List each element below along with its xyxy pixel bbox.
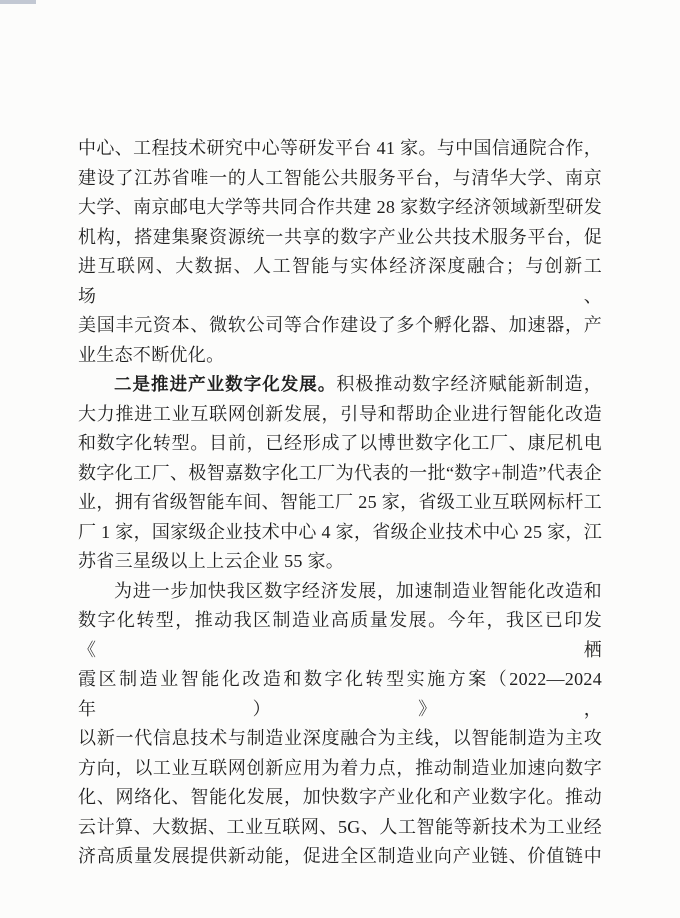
text-line: 以新一代信息技术与制造业深度融合为主线，以智能制造为主攻	[78, 724, 602, 754]
text-line: 大学、南京邮电大学等共同合作共建 28 家数字经济领域新型研发	[78, 193, 602, 223]
text-line: 霞区制造业智能化改造和数字化转型实施方案（2022—2024 年）》，	[78, 665, 602, 724]
text-line: 济高质量发展提供新动能，促进全区制造业向产业链、价值链中	[78, 842, 602, 872]
text-line: 大力推进工业互联网创新发展，引导和帮助企业进行智能化改造	[78, 400, 602, 430]
text-line: 建设了江苏省唯一的人工智能公共服务平台，与清华大学、南京	[78, 164, 602, 194]
scanned-document-page: 中心、工程技术研究中心等研发平台 41 家。与中国信通院合作， 建设了江苏省唯一…	[0, 0, 680, 918]
text-line: 中心、工程技术研究中心等研发平台 41 家。与中国信通院合作，	[78, 134, 602, 164]
text-line: 美国丰元资本、微软公司等合作建设了多个孵化器、加速器，产	[78, 311, 602, 341]
document-body-text: 中心、工程技术研究中心等研发平台 41 家。与中国信通院合作， 建设了江苏省唯一…	[78, 134, 602, 872]
bold-section-title: 二是推进产业数字化发展。	[114, 374, 336, 394]
text-line: 厂 1 家，国家级企业技术中心 4 家，省级企业技术中心 25 家，江	[78, 518, 602, 548]
text-line: 进互联网、大数据、人工智能与实体经济深度融合；与创新工场、	[78, 252, 602, 311]
text-line: 方向，以工业互联网创新应用为着力点，推动制造业加速向数字	[78, 754, 602, 784]
scan-edge-artifact	[0, 0, 36, 4]
text-line: 数字化工厂、极智嘉数字化工厂为代表的一批“数字+制造”代表企	[78, 459, 602, 489]
text-line: 数字化转型，推动我区制造业高质量发展。今年，我区已印发《栖	[78, 606, 602, 665]
text-line: 化、网络化、智能化发展，加快数字产业化和产业数字化。推动	[78, 783, 602, 813]
paragraph-end-line: 苏省三星级以上上云企业 55 家。	[78, 547, 602, 577]
section-heading-line: 二是推进产业数字化发展。积极推动数字经济赋能新制造，	[78, 370, 602, 400]
text-line: 云计算、大数据、工业互联网、5G、人工智能等新技术为工业经	[78, 813, 602, 843]
text-line: 业，拥有省级智能车间、智能工厂 25 家，省级工业互联网标杆工	[78, 488, 602, 518]
text-line: 机构，搭建集聚资源统一共享的数字产业公共技术服务平台，促	[78, 223, 602, 253]
text-line: 和数字化转型。目前，已经形成了以博世数字化工厂、康尼机电	[78, 429, 602, 459]
paragraph-start-line: 为进一步加快我区数字经济发展，加速制造业智能化改造和	[78, 577, 602, 607]
paragraph-end-line: 业生态不断优化。	[78, 341, 602, 371]
text-run: 积极推动数字经济赋能新制造，	[336, 374, 602, 394]
